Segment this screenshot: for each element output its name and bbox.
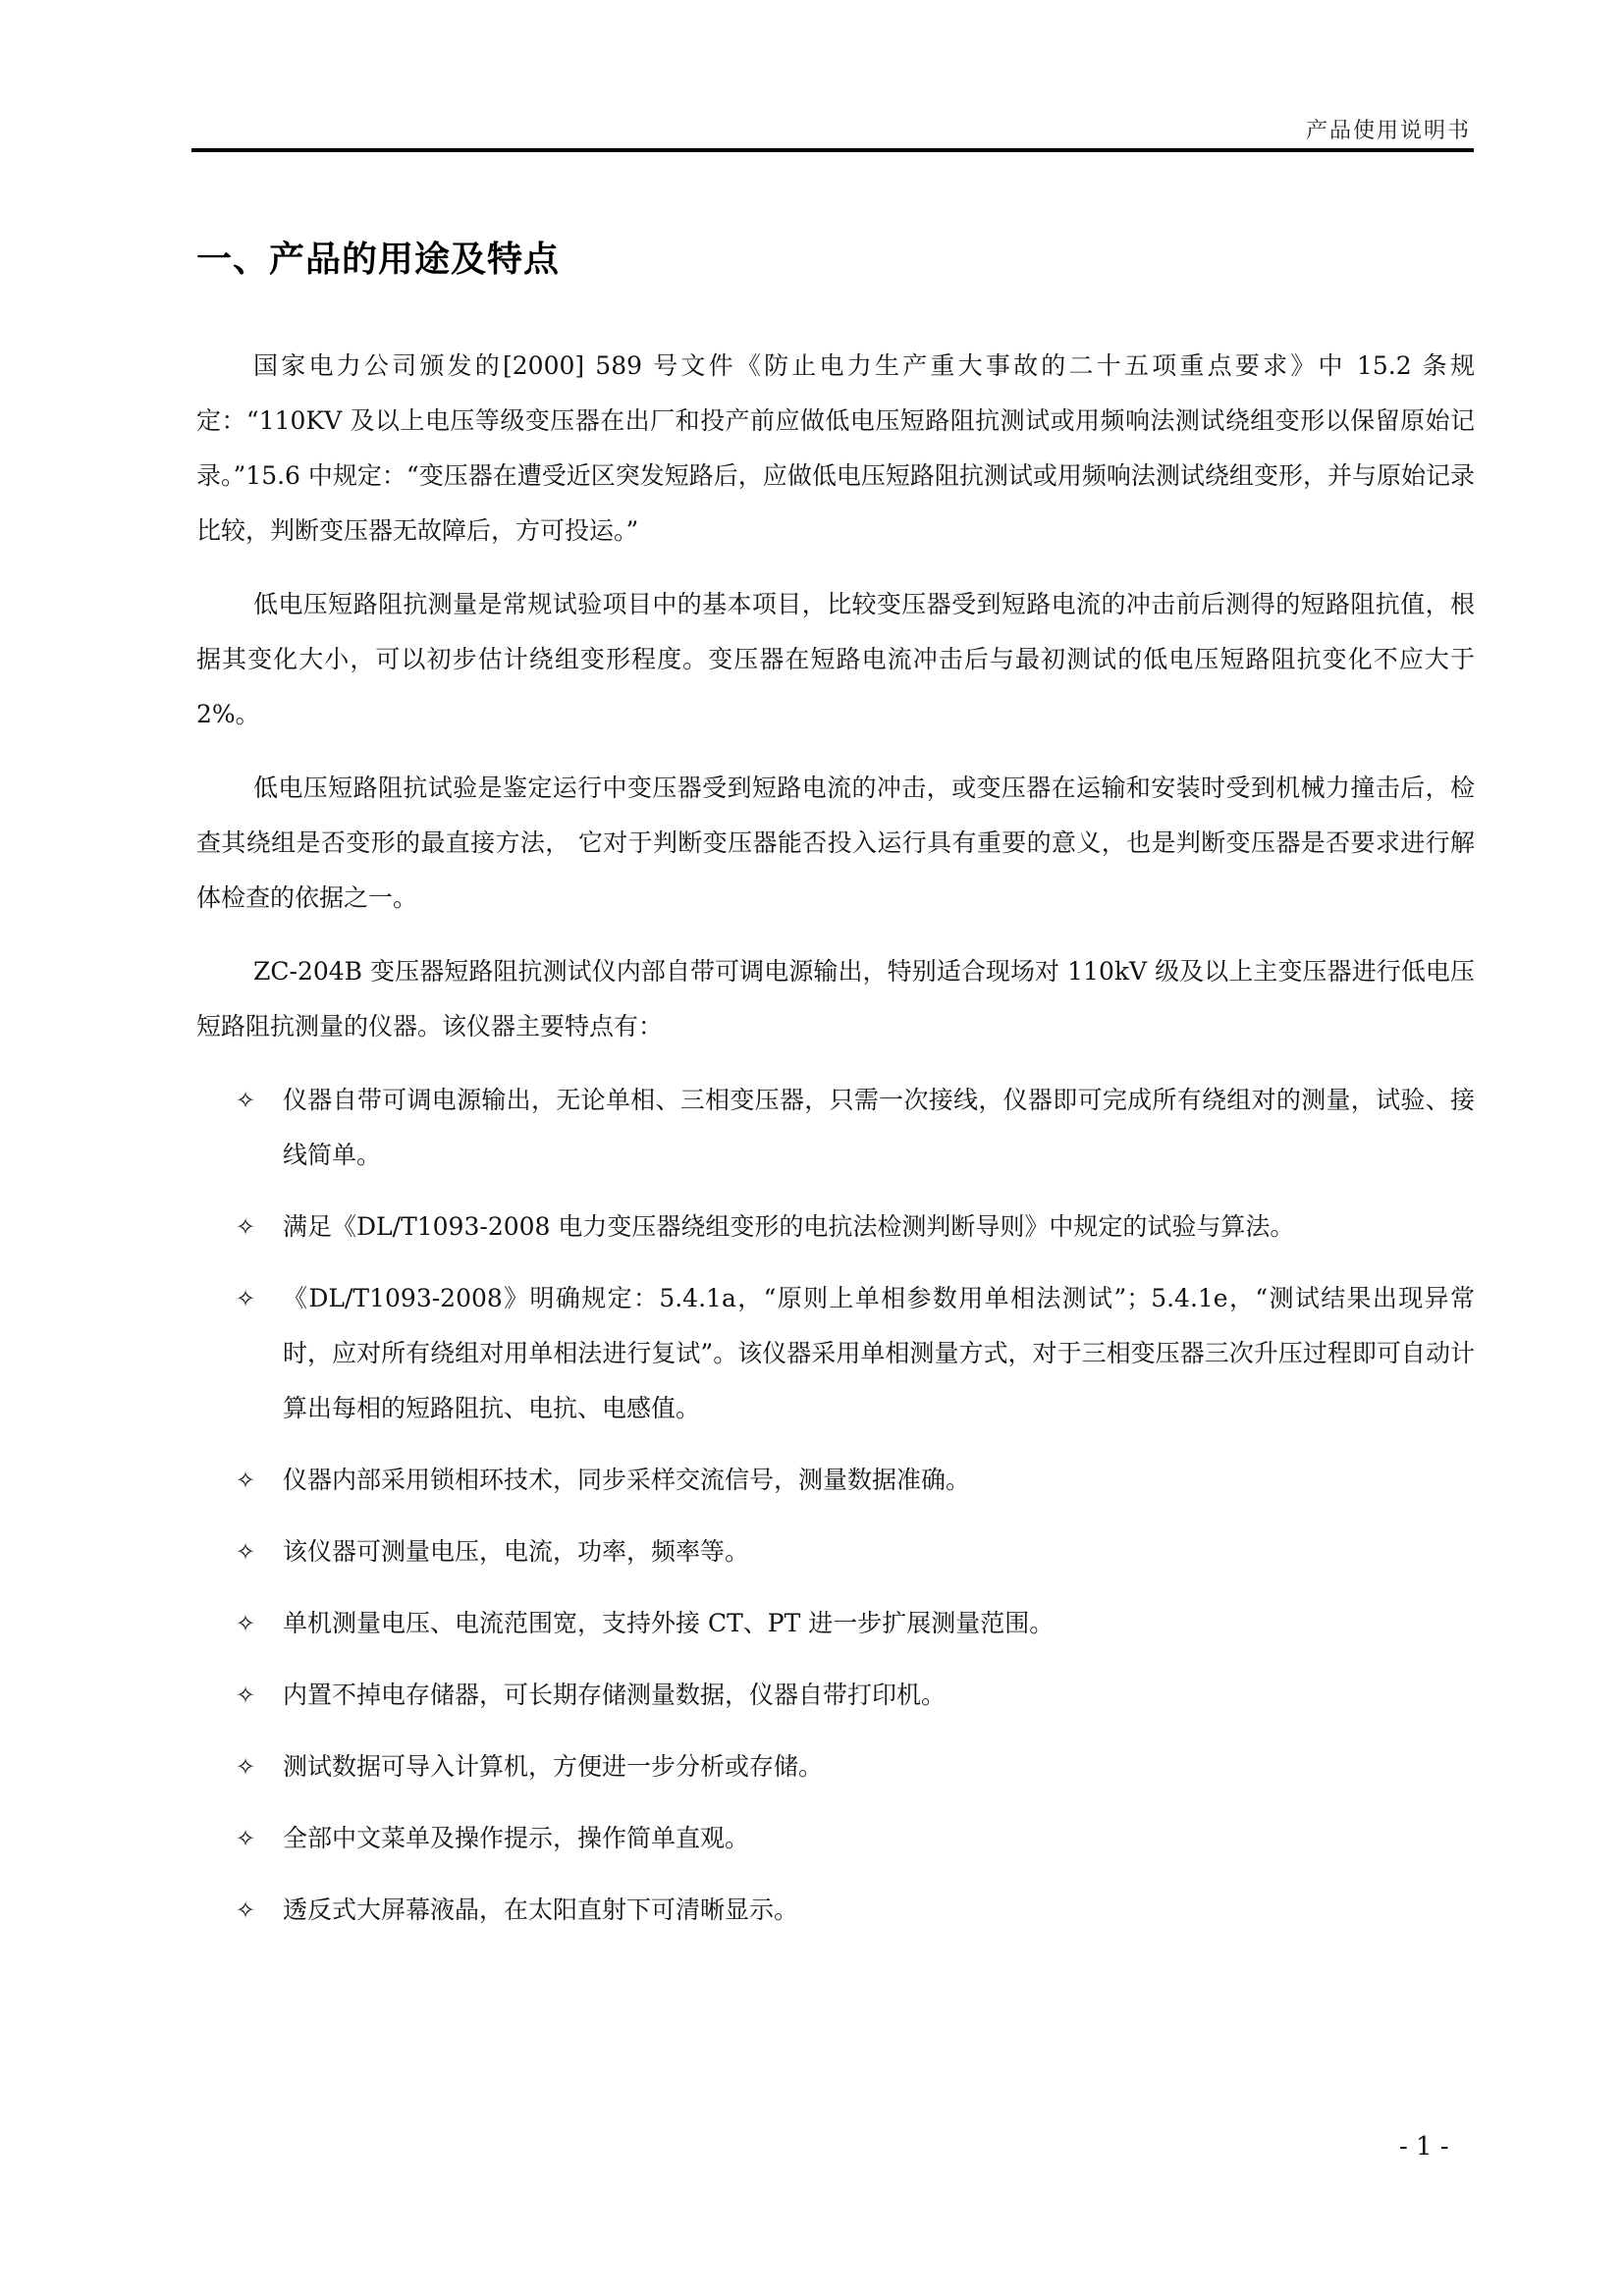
feature-text: 单机测量电压、电流范围宽，支持外接 CT、PT 进一步扩展测量范围。 xyxy=(283,1609,1054,1637)
page-number: - 1 - xyxy=(1399,2132,1449,2162)
feature-list: ✧仪器自带可调电源输出，无论单相、三相变压器，只需一次接线，仪器即可完成所有绕组… xyxy=(196,1073,1475,1938)
feature-item: ✧该仪器可测量电压，电流，功率，频率等。 xyxy=(196,1524,1475,1579)
diamond-bullet-icon: ✧ xyxy=(236,1739,255,1794)
feature-text: 仪器内部采用锁相环技术，同步采样交流信号，测量数据准确。 xyxy=(283,1466,970,1494)
diamond-bullet-icon: ✧ xyxy=(236,1453,255,1508)
diamond-bullet-icon: ✧ xyxy=(236,1073,255,1128)
feature-text: 《DL/T1093-2008》明确规定：5.4.1a，“原则上单相参数用单相法测… xyxy=(283,1284,1475,1422)
feature-text: 该仪器可测量电压，电流，功率，频率等。 xyxy=(283,1537,749,1566)
diamond-bullet-icon: ✧ xyxy=(236,1811,255,1866)
feature-item: ✧单机测量电压、电流范围宽，支持外接 CT、PT 进一步扩展测量范围。 xyxy=(196,1596,1475,1651)
feature-text: 满足《DL/T1093-2008 电力变压器绕组变形的电抗法检测判断导则》中规定… xyxy=(283,1212,1294,1241)
feature-item: ✧满足《DL/T1093-2008 电力变压器绕组变形的电抗法检测判断导则》中规… xyxy=(196,1200,1475,1255)
diamond-bullet-icon: ✧ xyxy=(236,1524,255,1579)
paragraph-regulation: 国家电力公司颁发的[2000] 589 号文件《防止电力生产重大事故的二十五项重… xyxy=(196,339,1475,559)
feature-item: ✧仪器内部采用锁相环技术，同步采样交流信号，测量数据准确。 xyxy=(196,1453,1475,1508)
diamond-bullet-icon: ✧ xyxy=(236,1596,255,1651)
feature-item: ✧《DL/T1093-2008》明确规定：5.4.1a，“原则上单相参数用单相法… xyxy=(196,1271,1475,1436)
paragraph-product-intro: ZC-204B 变压器短路阻抗测试仪内部自带可调电源输出，特别适合现场对 110… xyxy=(196,944,1475,1054)
feature-text: 测试数据可导入计算机，方便进一步分析或存储。 xyxy=(283,1752,823,1781)
feature-item: ✧透反式大屏幕液晶，在太阳直射下可清晰显示。 xyxy=(196,1883,1475,1938)
paragraph-impedance-test: 低电压短路阻抗试验是鉴定运行中变压器受到短路电流的冲击，或变压器在运输和安装时受… xyxy=(196,761,1475,926)
feature-item: ✧测试数据可导入计算机，方便进一步分析或存储。 xyxy=(196,1739,1475,1794)
paragraph-impedance-measurement: 低电压短路阻抗测量是常规试验项目中的基本项目，比较变压器受到短路电流的冲击前后测… xyxy=(196,577,1475,742)
diamond-bullet-icon: ✧ xyxy=(236,1883,255,1938)
diamond-bullet-icon: ✧ xyxy=(236,1200,255,1255)
section-title: 一、产品的用途及特点 xyxy=(196,232,560,282)
feature-text: 仪器自带可调电源输出，无论单相、三相变压器，只需一次接线，仪器即可完成所有绕组对… xyxy=(283,1086,1475,1169)
feature-text: 透反式大屏幕液晶，在太阳直射下可清晰显示。 xyxy=(283,1896,798,1924)
diamond-bullet-icon: ✧ xyxy=(236,1271,255,1326)
feature-text: 内置不掉电存储器，可长期存储测量数据，仪器自带打印机。 xyxy=(283,1681,946,1709)
feature-item: ✧内置不掉电存储器，可长期存储测量数据，仪器自带打印机。 xyxy=(196,1668,1475,1723)
feature-text: 全部中文菜单及操作提示，操作简单直观。 xyxy=(283,1824,749,1852)
header-rule xyxy=(191,148,1474,152)
document-body: 国家电力公司颁发的[2000] 589 号文件《防止电力生产重大事故的二十五项重… xyxy=(196,339,1475,1954)
diamond-bullet-icon: ✧ xyxy=(236,1668,255,1723)
feature-item: ✧仪器自带可调电源输出，无论单相、三相变压器，只需一次接线，仪器即可完成所有绕组… xyxy=(196,1073,1475,1183)
feature-item: ✧全部中文菜单及操作提示，操作简单直观。 xyxy=(196,1811,1475,1866)
running-header: 产品使用说明书 xyxy=(1306,114,1471,144)
